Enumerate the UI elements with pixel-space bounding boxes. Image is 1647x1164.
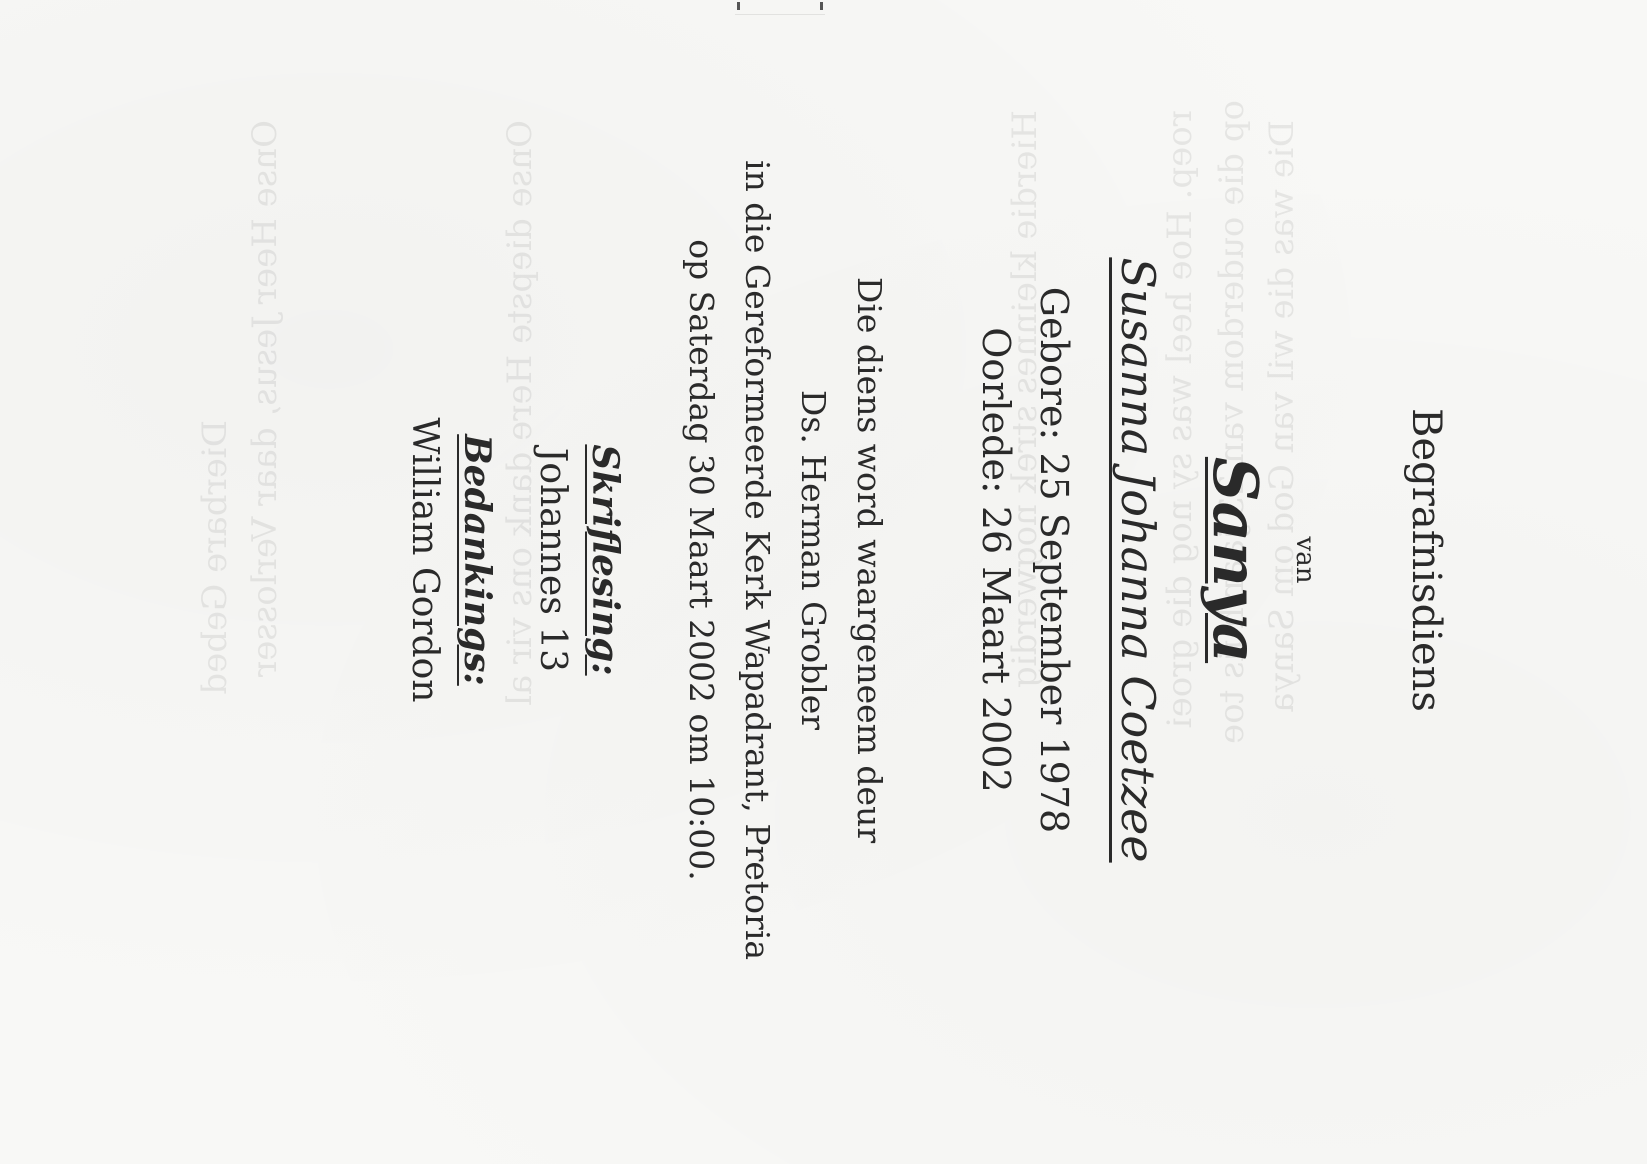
service-date-time: op Saterdag 30 Maart 2002 om 10:00.: [673, 55, 729, 1065]
scripture-reading: Johannes 13: [527, 55, 577, 1065]
minister-name: Ds. Herman Grobler: [785, 55, 841, 1065]
nickname: Sanya: [1183, 55, 1275, 1065]
document-title: Begrafnisdiens: [1387, 55, 1465, 1065]
scripture-heading: Skriflesing:: [577, 55, 633, 1065]
death-date: Oorlede: 26 Maart 2002: [967, 55, 1025, 1065]
church-location: in die Gereformeerde Kerk Wapadrant, Pre…: [729, 55, 785, 1065]
van-label: van: [1285, 55, 1325, 1065]
thanks-name: William Gordon: [399, 55, 449, 1065]
service-details: Die diens word waargeneem deur Ds. Herma…: [673, 55, 897, 1065]
full-name: Susanna Johanna Coetzee: [1083, 55, 1183, 1065]
staple-mark: [735, 0, 825, 15]
thanks-heading: Bedankings:: [449, 55, 505, 1065]
service-line-1: Die diens word waargeneem deur: [841, 55, 897, 1065]
funeral-program: Begrafnisdiens van Sanya Susanna Johanna…: [399, 55, 1465, 1065]
birth-date: Gebore: 25 September 1978: [1025, 55, 1083, 1065]
